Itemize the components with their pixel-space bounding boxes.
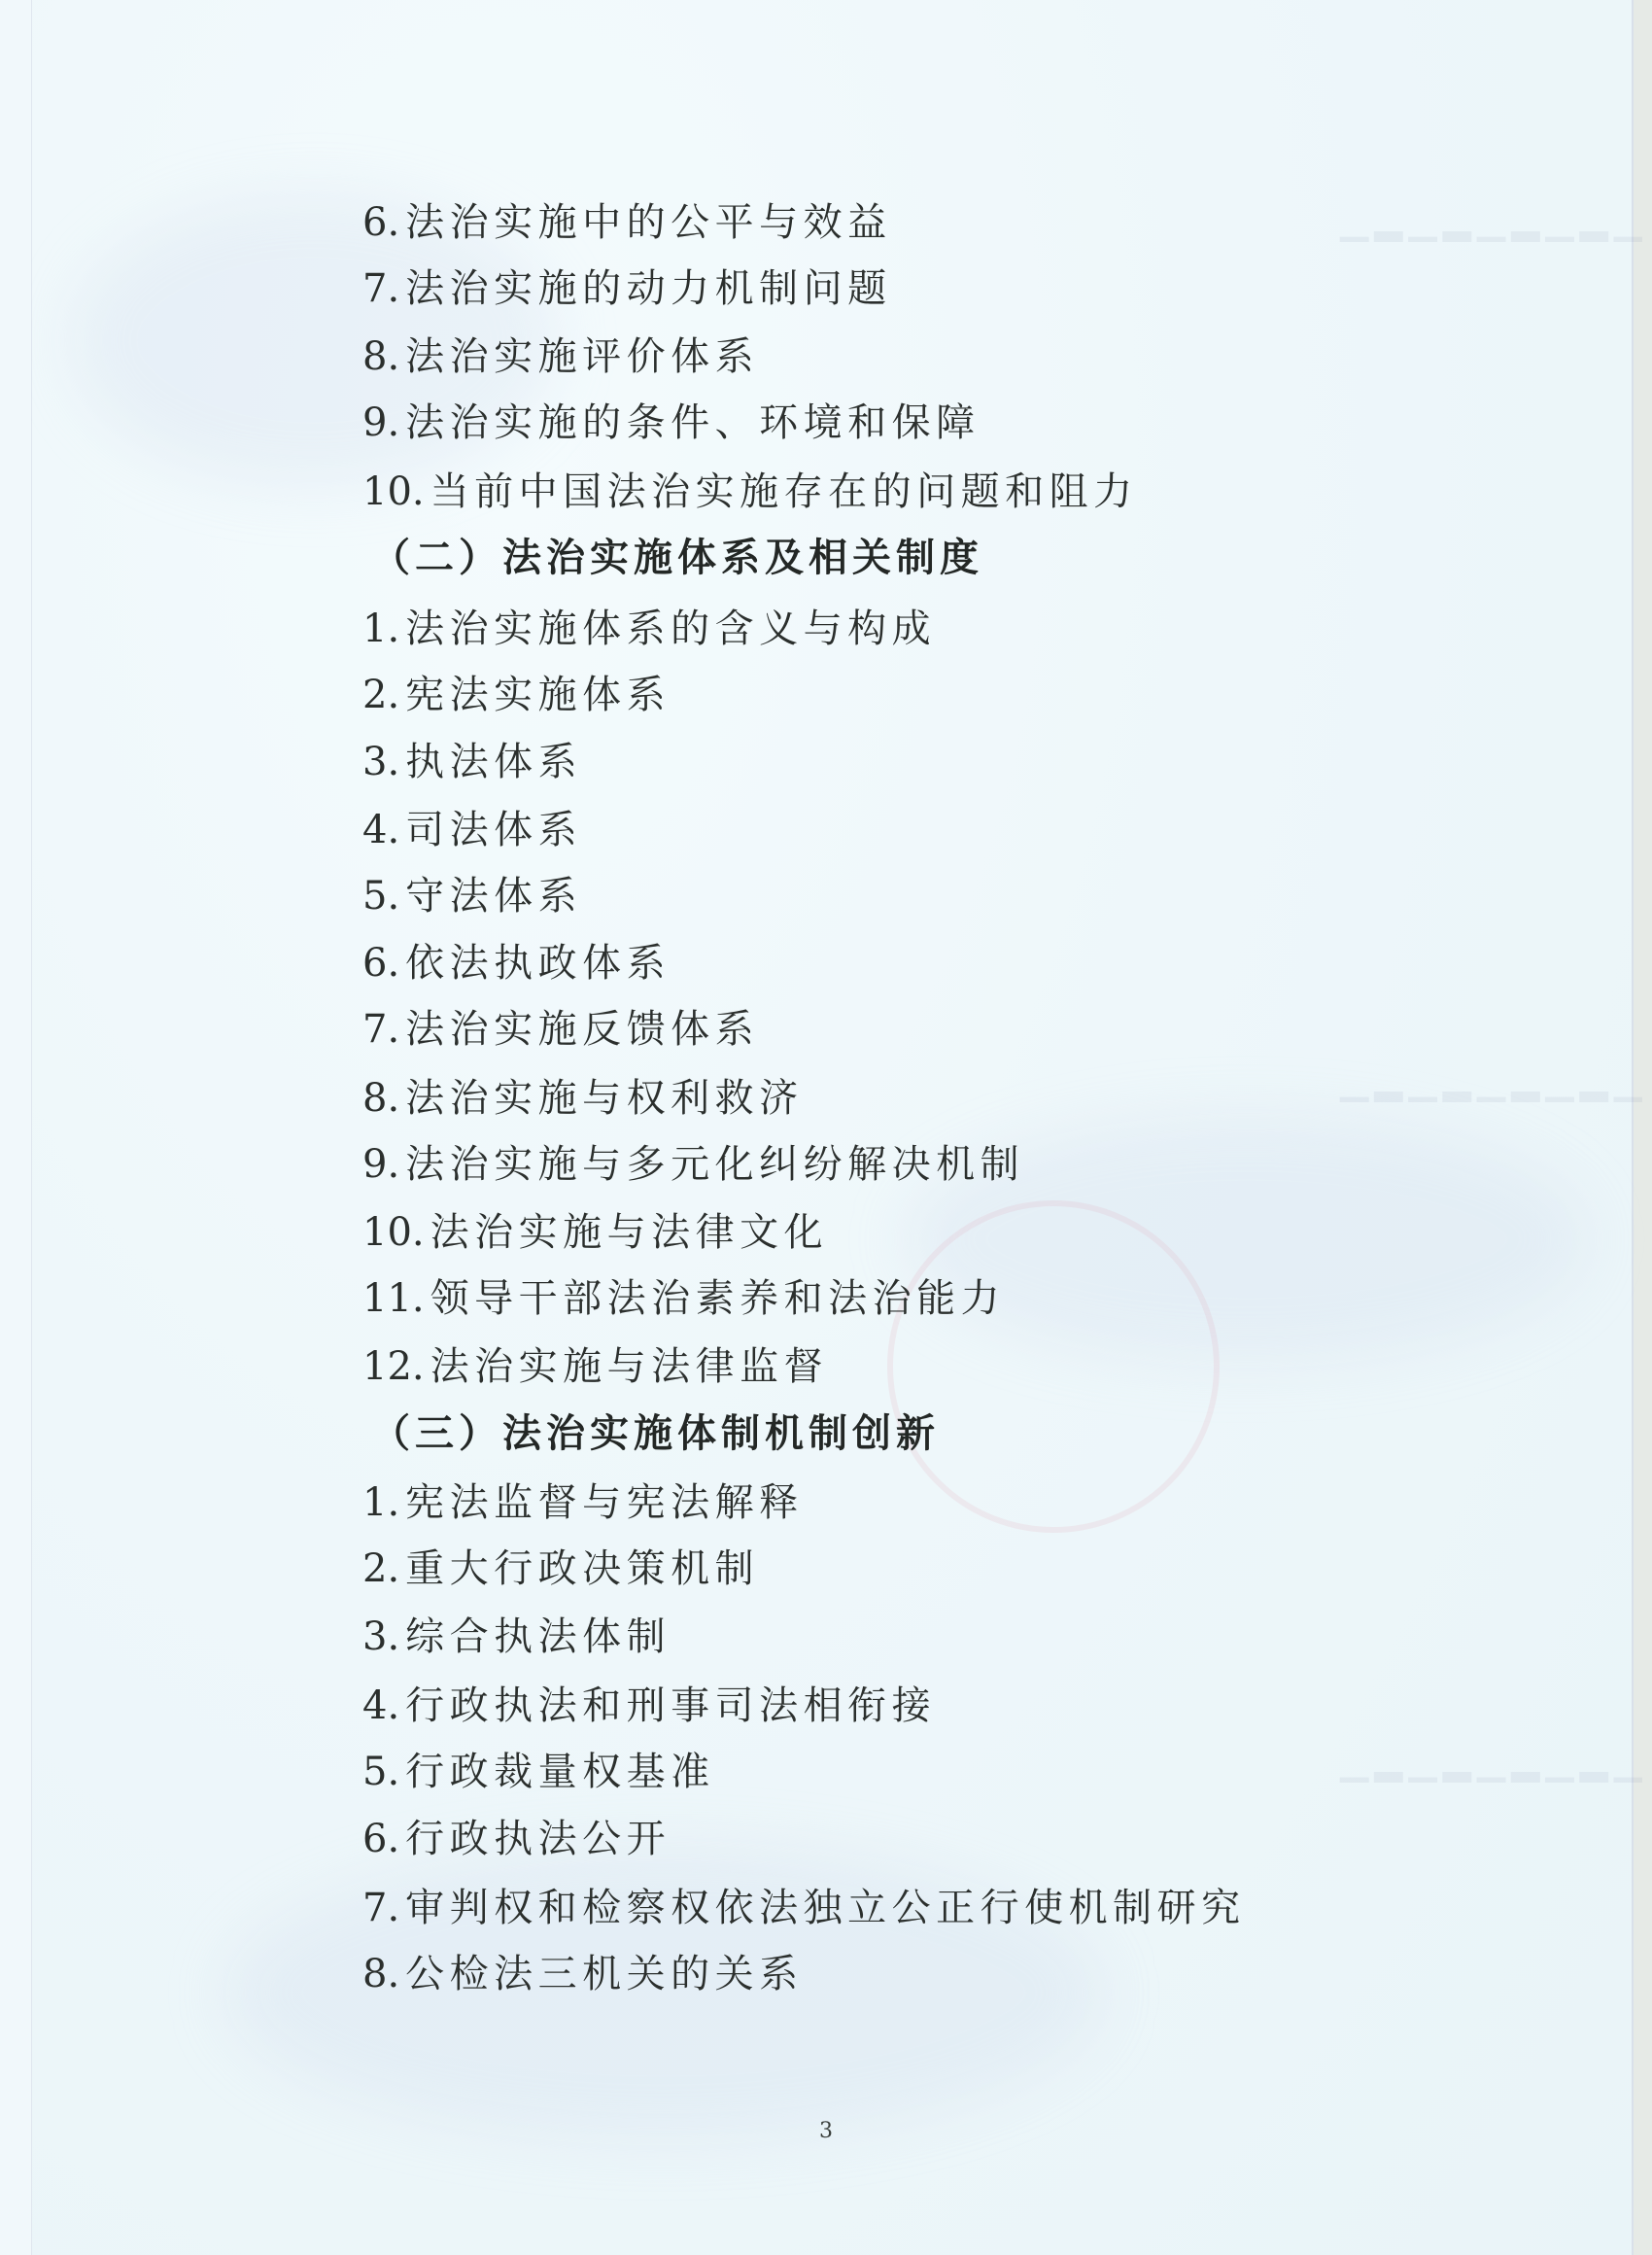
item-text: 法治实施与法律监督: [430, 1344, 829, 1389]
list-item: 5.行政裁量权基准: [362, 1748, 715, 1796]
list-item: 8.公检法三机关的关系: [362, 1950, 804, 1998]
list-item: 6.行政执法公开: [362, 1815, 671, 1863]
list-item: 7.法治实施反馈体系: [362, 1005, 759, 1054]
list-item: 6.依法执政体系: [362, 939, 671, 988]
item-text: 宪法实施体系: [405, 673, 671, 717]
item-text: 法治实施评价体系: [405, 334, 759, 379]
list-item: 1.宪法监督与宪法解释: [362, 1478, 804, 1527]
item-number: 7.: [362, 1007, 399, 1052]
item-text: 公检法三机关的关系: [405, 1952, 804, 1996]
item-number: 9.: [362, 400, 399, 445]
list-item: 7.法治实施的动力机制问题: [362, 264, 892, 313]
item-text: 宪法监督与宪法解释: [405, 1480, 804, 1525]
item-text: 依法执政体系: [405, 941, 671, 986]
list-item: 2.重大行政决策机制: [362, 1544, 759, 1593]
item-text: 守法体系: [405, 874, 582, 919]
list-item: 7.审判权和检察权依法独立公正行使机制研究: [362, 1884, 1246, 1932]
item-number: 11.: [362, 1276, 425, 1321]
item-number: 5.: [362, 874, 399, 919]
list-item: 10.当前中国法治实施存在的问题和阻力: [362, 468, 1138, 516]
bleed-through-text: ▁▂▁▂▁▂▁▂▁: [1195, 199, 1642, 242]
list-item: 12.法治实施与法律监督: [362, 1342, 828, 1391]
item-number: 1.: [362, 607, 399, 651]
item-text: 执法体系: [405, 740, 582, 784]
item-text: 法治实施的条件、环境和保障: [405, 400, 981, 445]
item-number: 4.: [362, 808, 399, 852]
item-text: 行政执法和刑事司法相衔接: [405, 1683, 936, 1728]
item-text: 当前中国法治实施存在的问题和阻力: [430, 469, 1138, 514]
list-item: 3.执法体系: [362, 738, 582, 786]
item-number: 8.: [362, 1076, 399, 1121]
item-number: 12.: [362, 1344, 425, 1389]
list-item: 8.法治实施评价体系: [362, 332, 759, 381]
item-number: 6.: [362, 200, 399, 245]
page-number: 3: [819, 2119, 833, 2143]
item-text: 综合执法体制: [405, 1614, 671, 1659]
item-number: 2.: [362, 673, 399, 717]
list-item: 3.综合执法体制: [362, 1613, 671, 1661]
item-text: 重大行政决策机制: [405, 1546, 759, 1591]
item-number: 10.: [362, 469, 425, 514]
bleed-through-text: ▁▂▁▂▁▂▁▂▁: [1195, 1059, 1642, 1102]
item-text: 法治实施与多元化纠纷解决机制: [405, 1142, 1024, 1187]
item-number: 4.: [362, 1683, 399, 1728]
list-item: 2.宪法实施体系: [362, 671, 671, 719]
item-number: 1.: [362, 1480, 399, 1525]
item-number: 6.: [362, 941, 399, 986]
item-number: 3.: [362, 1614, 399, 1659]
item-number: 8.: [362, 1952, 399, 1996]
item-text: 行政裁量权基准: [405, 1750, 715, 1794]
item-text: 领导干部法治素养和法治能力: [430, 1276, 1006, 1321]
list-item: 6.法治实施中的公平与效益: [362, 198, 892, 247]
list-item: 9.法治实施的条件、环境和保障: [362, 399, 981, 447]
item-text: 法治实施体系的含义与构成: [405, 607, 936, 651]
section-heading: （二）法治实施体系及相关制度: [371, 533, 983, 583]
item-number: 7.: [362, 266, 399, 311]
item-number: 2.: [362, 1546, 399, 1591]
bleed-through-stamp: [887, 1200, 1220, 1533]
item-number: 9.: [362, 1142, 399, 1187]
list-item: 4.行政执法和刑事司法相衔接: [362, 1682, 936, 1730]
item-number: 10.: [362, 1210, 425, 1255]
item-text: 行政执法公开: [405, 1817, 671, 1861]
item-number: 8.: [362, 334, 399, 379]
item-text: 法治实施反馈体系: [405, 1007, 759, 1052]
list-item: 1.法治实施体系的含义与构成: [362, 605, 936, 653]
item-number: 6.: [362, 1817, 399, 1861]
list-item: 9.法治实施与多元化纠纷解决机制: [362, 1140, 1024, 1189]
list-item: 10.法治实施与法律文化: [362, 1208, 828, 1257]
item-text: 法治实施与权利救济: [405, 1076, 804, 1121]
item-text: 法治实施中的公平与效益: [405, 200, 892, 245]
item-text: 法治实施的动力机制问题: [405, 266, 892, 311]
item-number: 7.: [362, 1886, 399, 1930]
item-text: 司法体系: [405, 808, 582, 852]
list-item: 11.领导干部法治素养和法治能力: [362, 1274, 1005, 1323]
list-item: 5.守法体系: [362, 872, 582, 920]
list-item: 4.司法体系: [362, 806, 582, 854]
list-item: 8.法治实施与权利救济: [362, 1074, 804, 1123]
bleed-through-text: ▁▂▁▂▁▂▁▂▁: [1195, 1740, 1642, 1783]
item-number: 5.: [362, 1750, 399, 1794]
scanner-edge-strip: [0, 0, 31, 2255]
item-number: 3.: [362, 740, 399, 784]
item-text: 法治实施与法律文化: [430, 1210, 829, 1255]
section-heading: （三）法治实施体制机制创新: [371, 1408, 940, 1459]
item-text: 审判权和检察权依法独立公正行使机制研究: [405, 1886, 1246, 1930]
